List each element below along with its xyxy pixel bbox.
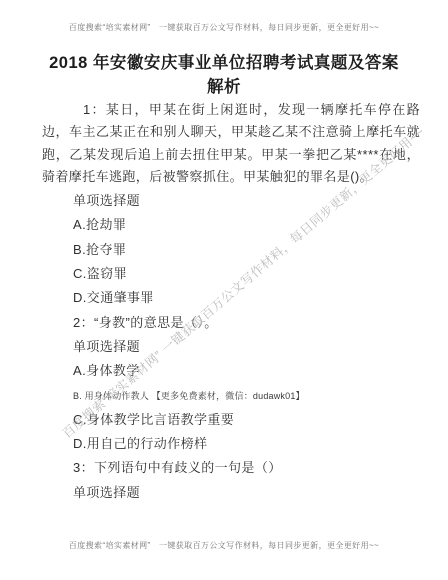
question-1-stem: 1：某日，甲某在街上闲逛时，发现一辆摩托车停在路边，车主乙某正在和别人聊天，甲某… bbox=[42, 99, 420, 188]
promo-banner-bottom: 百度搜索“培实素材网” 一键获取百万公文写作材料，每日同步更新，更全更好用~~ bbox=[0, 540, 448, 551]
question-1-option-b: B.抢夺罪 bbox=[73, 239, 420, 261]
question-2-type-label: 单项选择题 bbox=[73, 336, 420, 358]
page-title: 2018 年安徽安庆事业单位招聘考试真题及答案解析 bbox=[48, 51, 400, 99]
document-page: 百度搜索“培实素材网” 一键获取百万公文写作材料，每日同步更新，更全更好用~~ … bbox=[0, 0, 448, 580]
question-3-type-label: 单项选择题 bbox=[73, 482, 420, 504]
question-2-option-c: C.身体教学比言语教学重要 bbox=[73, 409, 420, 431]
question-2-stem: 2：“身教”的意思是（）。 bbox=[73, 312, 420, 334]
document-body: 1：某日，甲某在街上闲逛时，发现一辆摩托车停在路边，车主乙某正在和别人聊天，甲某… bbox=[42, 99, 420, 506]
promo-banner-top: 百度搜索“培实素材网” 一键获取百万公文写作材料，每日同步更新，更全更好用~~ bbox=[0, 22, 448, 33]
question-1-option-c: C.盗窃罪 bbox=[73, 263, 420, 285]
question-2-option-d: D.用自己的行动作榜样 bbox=[73, 433, 420, 455]
question-1-option-d: D.交通肇事罪 bbox=[73, 287, 420, 309]
question-1-type-label: 单项选择题 bbox=[73, 190, 420, 212]
question-2-option-a: A.身体教学 bbox=[73, 360, 420, 382]
question-1-option-a: A.抢劫罪 bbox=[73, 214, 420, 236]
question-3-stem: 3：下列语句中有歧义的一句是（） bbox=[73, 457, 420, 479]
question-2-option-b: B. 用身体动作教人 【更多免费素材，微信：dudawk01】 bbox=[73, 385, 420, 407]
